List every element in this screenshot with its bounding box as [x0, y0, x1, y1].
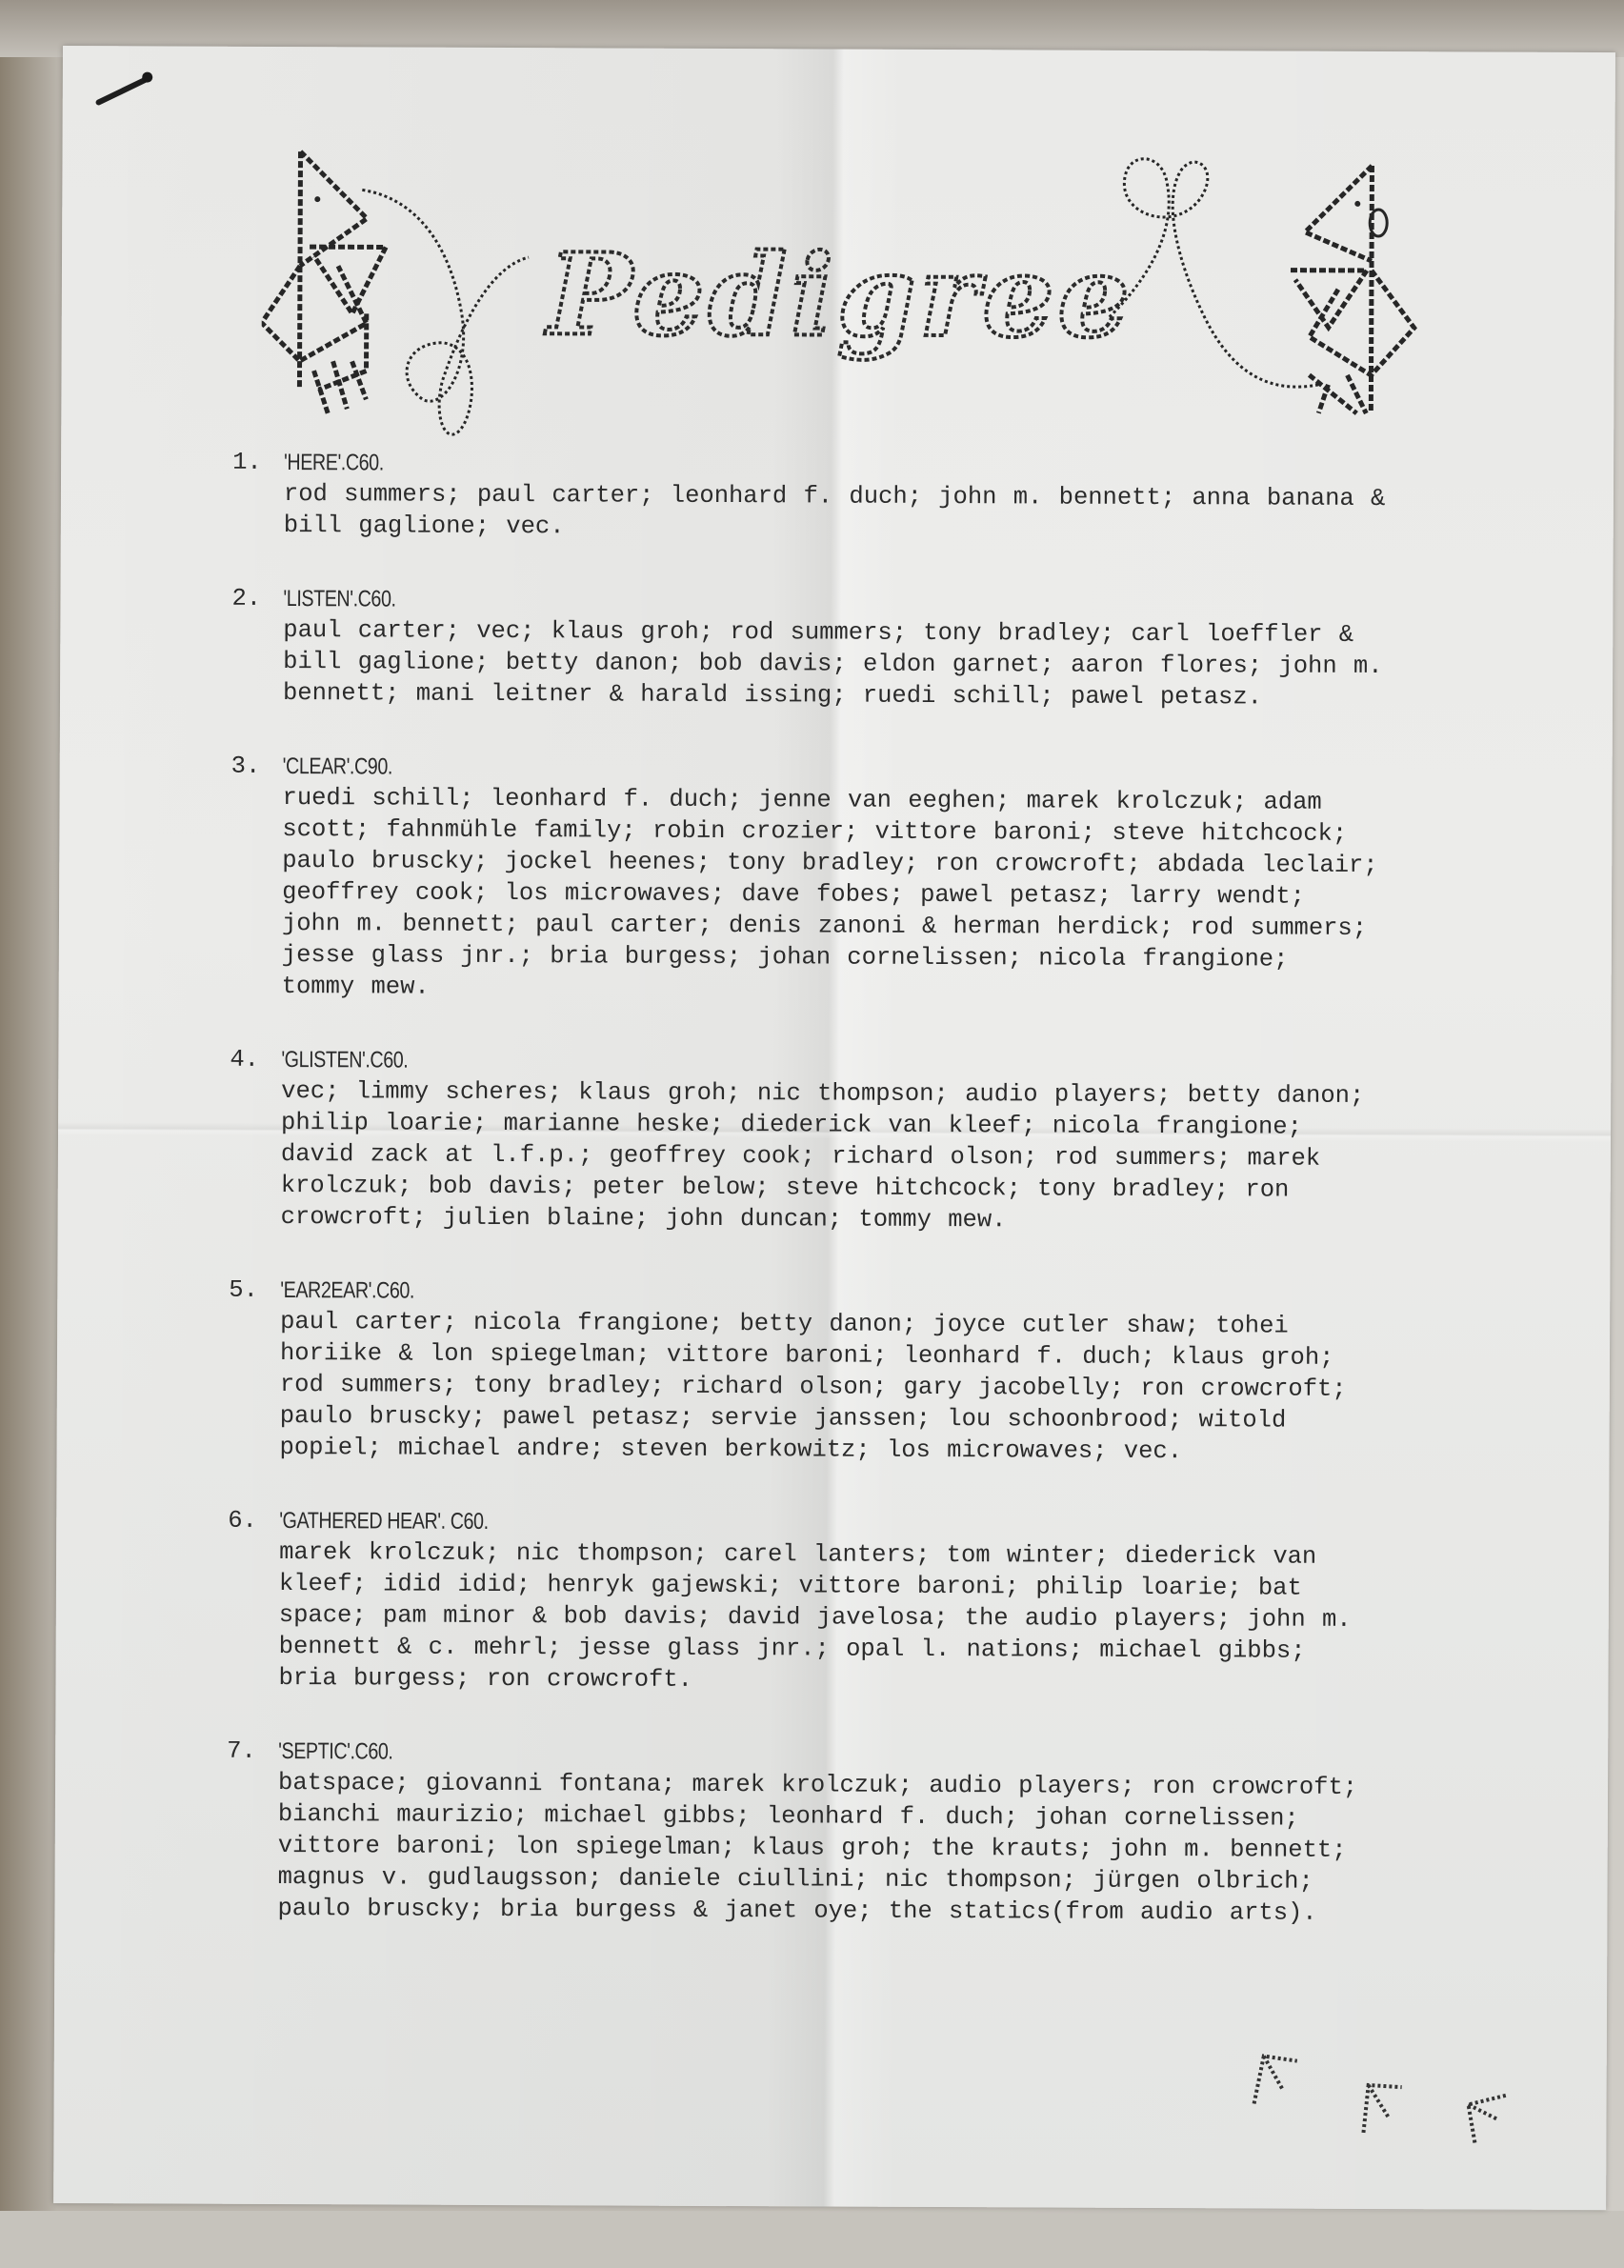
contributor-line: batspace; giovanni fontana; marek krolcz… — [278, 1767, 1484, 1804]
footprints — [1225, 2027, 1569, 2162]
header-artwork: Pedigree — [261, 123, 1577, 472]
pen-mark — [95, 75, 150, 106]
entry-title: 'GATHERED HEAR'. C60. — [279, 1505, 489, 1537]
entry-number: 4. — [230, 1044, 281, 1075]
contributor-line: bill gaglione; vec. — [284, 510, 1490, 547]
bird-footprint-icon — [1468, 2095, 1506, 2142]
contributor-line: kleef; idid idid; henryk gajewski; vitto… — [279, 1568, 1485, 1605]
contributor-line: rod summers; paul carter; leonhard f. du… — [284, 478, 1490, 515]
contributor-line: vittore baroni; lon spiegelman; klaus gr… — [278, 1830, 1484, 1867]
entry-title: 'CLEAR'.C90. — [283, 751, 392, 783]
document-title: Pedigree — [545, 228, 1133, 363]
contributor-line: space; pam minor & bob davis; david jave… — [279, 1599, 1485, 1636]
bird-icon — [1290, 166, 1414, 414]
cassette-list: 1.'HERE'.C60.rod summers; paul carter; l… — [226, 447, 1490, 1972]
bird-footprint-icon — [1254, 2056, 1297, 2103]
entry-number: 5. — [229, 1274, 280, 1306]
entry-title: 'HERE'.C60. — [284, 447, 384, 478]
entry-title: 'EAR2EAR'.C60. — [280, 1274, 414, 1307]
entry-number: 6. — [228, 1505, 279, 1536]
cassette-entry: 4.'GLISTEN'.C60.vec; limmy scheres; klau… — [230, 1044, 1488, 1238]
contributor-line: bria burgess; ron crowcroft. — [278, 1662, 1484, 1699]
contributor-line: jesse glass jnr.; bria burgess; johan co… — [282, 939, 1488, 976]
entry-number: 2. — [231, 583, 283, 614]
contributor-line: paulo bruscky; pawel petasz; servie jans… — [280, 1400, 1486, 1437]
contributor-line: horiike & lon spiegelman; vittore baroni… — [280, 1337, 1486, 1375]
cassette-entry: 7.'SEPTIC'.C60.batspace; giovanni fontan… — [226, 1736, 1484, 1930]
contributor-line: rod summers; tony bradley; richard olson… — [280, 1369, 1486, 1406]
entry-heading: 6.'GATHERED HEAR'. C60. — [228, 1505, 1485, 1542]
entry-number: 7. — [227, 1736, 278, 1767]
cassette-entry: 5.'EAR2EAR'.C60.paul carter; nicola fran… — [229, 1274, 1487, 1469]
contributor-line: bill gaglione; betty danon; bob davis; e… — [283, 646, 1489, 683]
contributor-line: crowcroft; julien blaine; john duncan; t… — [281, 1201, 1487, 1238]
contributor-line: bennett; mani leitner & harald issing; r… — [283, 677, 1489, 714]
contributor-line: paulo bruscky; jockel heenes; tony bradl… — [282, 845, 1488, 882]
cassette-entry: 2.'LISTEN'.C60.paul carter; vec; klaus g… — [231, 583, 1490, 714]
contributor-line: philip loarie; marianne heske; diederick… — [281, 1107, 1487, 1144]
cassette-entry: 3.'CLEAR'.C90.ruedi schill; leonhard f. … — [231, 751, 1489, 1008]
entry-title: 'LISTEN'.C60. — [283, 583, 395, 615]
cassette-entry: 1.'HERE'.C60.rod summers; paul carter; l… — [232, 447, 1490, 547]
entry-number: 1. — [232, 447, 284, 478]
contributor-line: magnus v. gudlaugsson; daniele ciullini;… — [278, 1861, 1484, 1898]
contributor-line: vec; limmy scheres; klaus groh; nic thom… — [281, 1075, 1487, 1113]
bird-footprint-icon — [1363, 2085, 1401, 2133]
contributor-line: paulo bruscky; bria burgess & janet oye;… — [277, 1893, 1483, 1930]
contributor-line: ruedi schill; leonhard f. duch; jenne va… — [282, 782, 1488, 819]
contributor-line: marek krolczuk; nic thompson; carel lant… — [279, 1536, 1485, 1574]
entry-title: 'GLISTEN'.C60. — [281, 1044, 408, 1076]
contributor-line: tommy mew. — [282, 971, 1488, 1008]
contributor-line: popiel; michael andre; steven berkowitz;… — [280, 1432, 1486, 1469]
contributor-line: paul carter; vec; klaus groh; rod summer… — [283, 614, 1489, 652]
backdrop — [0, 2211, 1624, 2268]
contributor-line: bennett & c. mehrl; jesse glass jnr.; op… — [279, 1631, 1485, 1668]
contributor-line: paul carter; nicola frangione; betty dan… — [280, 1306, 1486, 1343]
contributor-line: geoffrey cook; los microwaves; dave fobe… — [282, 876, 1488, 913]
contributor-line: david zack at l.f.p.; geoffrey cook; ric… — [281, 1138, 1487, 1175]
contributor-line: john m. bennett; paul carter; denis zano… — [282, 908, 1488, 945]
paper-sheet: Pedigree 1.'HERE'.C60.rod summers; paul … — [53, 46, 1615, 2210]
entry-title: 'SEPTIC'.C60. — [278, 1736, 392, 1768]
contributor-line: krolczuk; bob davis; peter below; steve … — [281, 1170, 1487, 1207]
cassette-entry: 6.'GATHERED HEAR'. C60.marek krolczuk; n… — [227, 1505, 1485, 1699]
contributor-line: scott; fahnmühle family; robin crozier; … — [282, 813, 1488, 851]
bird-icon — [261, 151, 386, 414]
entry-number: 3. — [231, 751, 283, 782]
contributor-line: bianchi maurizio; michael gibbs; leonhar… — [278, 1798, 1484, 1836]
